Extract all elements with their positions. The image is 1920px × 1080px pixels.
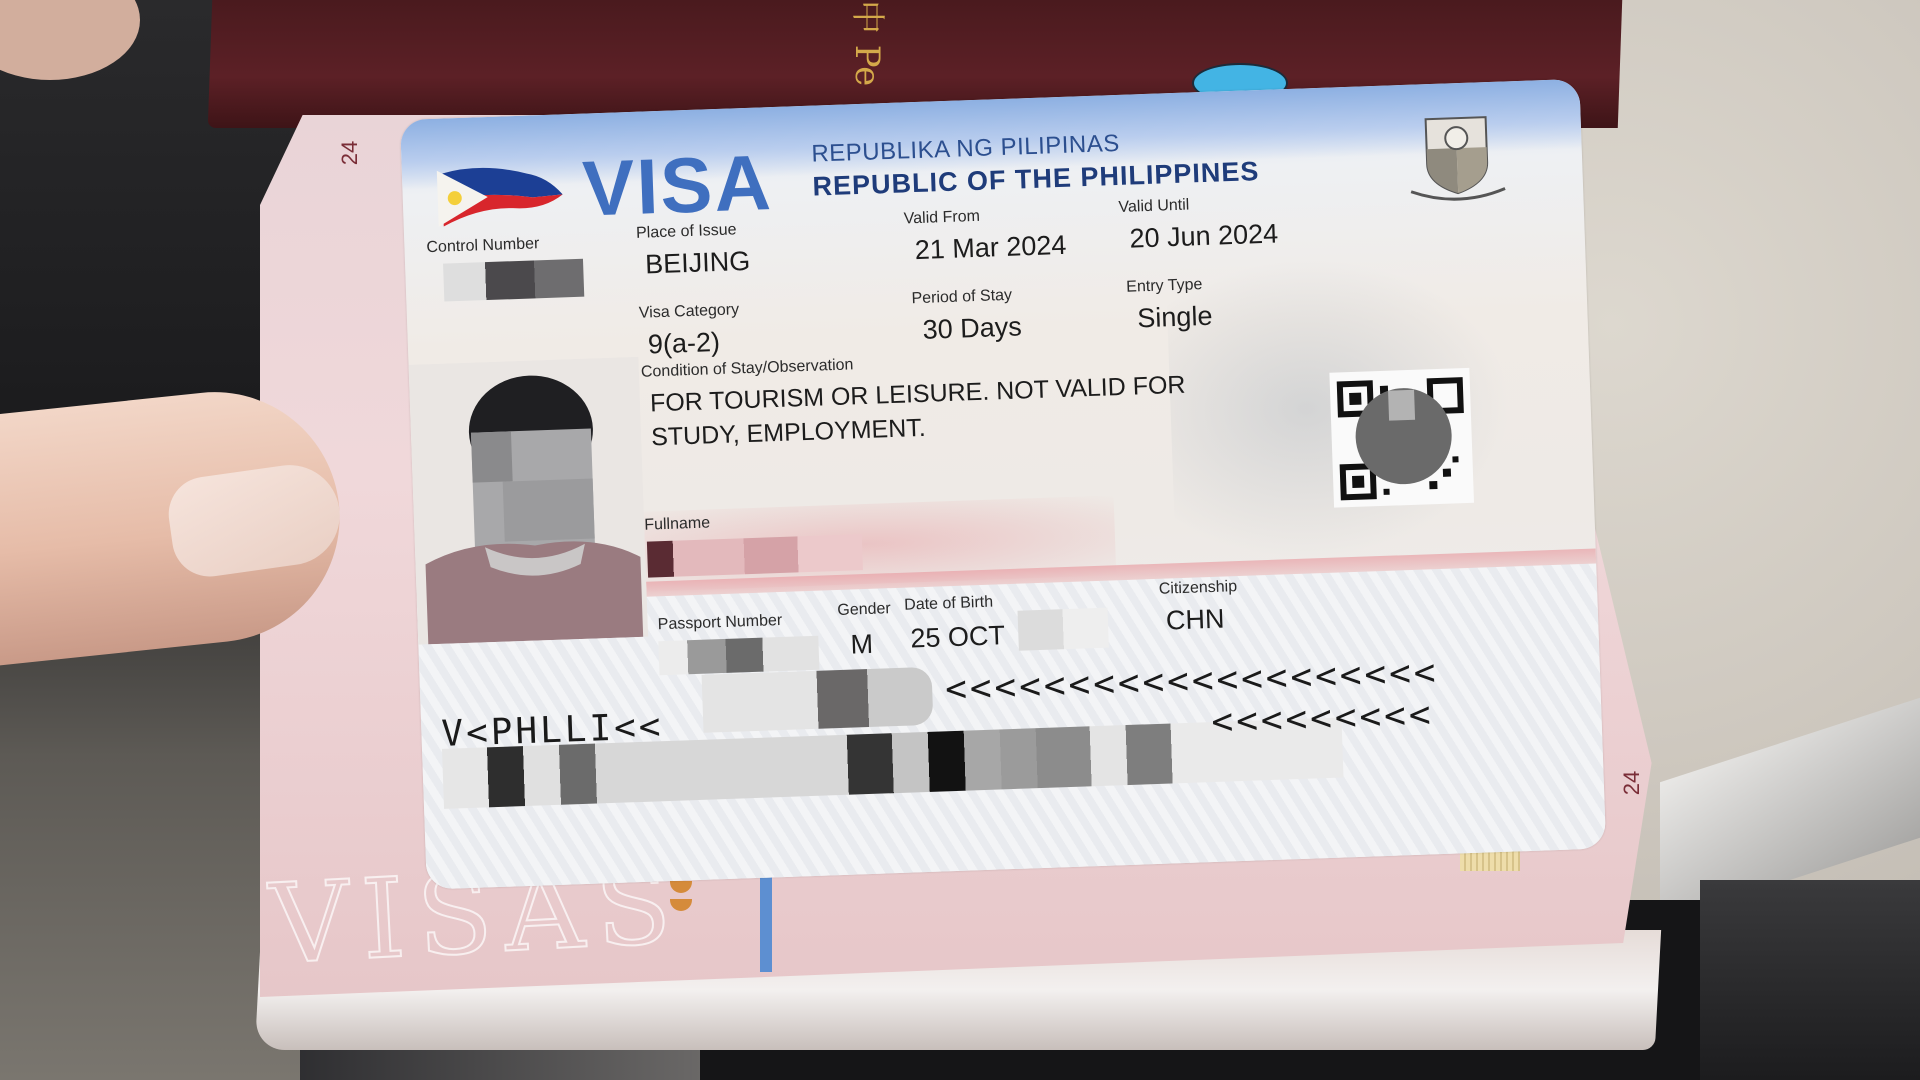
visa-category-value: 9(a-2) (647, 327, 720, 360)
page-security-strip (760, 872, 772, 972)
holder-photo (409, 357, 649, 645)
control-number-label: Control Number (426, 235, 539, 257)
page-orange-marks (670, 880, 730, 896)
gender-label: Gender (837, 600, 891, 620)
condition-line-2: STUDY, EMPLOYMENT. (651, 414, 926, 453)
passport-number-redacted (658, 636, 819, 676)
citizenship-value: CHN (1165, 604, 1225, 637)
place-of-issue-label: Place of Issue (636, 221, 737, 242)
fullname-redacted (647, 534, 863, 577)
valid-from-value: 21 Mar 2024 (914, 230, 1067, 266)
valid-until-value: 20 Jun 2024 (1129, 218, 1279, 254)
mrz-line-1-redacted (702, 667, 934, 733)
citizenship-label: Citizenship (1159, 578, 1238, 599)
page-number-bottom: 24 (1619, 771, 1645, 795)
fullname-label: Fullname (644, 514, 710, 534)
period-of-stay-value: 30 Days (922, 311, 1022, 345)
coat-of-arms-icon (1400, 106, 1513, 210)
valid-until-label: Valid Until (1118, 197, 1189, 217)
date-of-birth-value: 25 OCT (910, 620, 1006, 654)
gender-value: M (850, 629, 874, 661)
visa-sticker: VISA REPUBLIKA NG PILIPINAS REPUBLIC OF … (400, 79, 1606, 890)
cover-gold-lettering: 中 Pe (846, 0, 895, 86)
page-number-top: 24 (337, 141, 363, 165)
place-of-issue-value: BEIJING (645, 246, 751, 281)
condition-label: Condition of Stay/Observation (641, 356, 854, 381)
qr-code (1329, 368, 1474, 508)
mrz-line-2-filler: <<<<<<<<< (1211, 694, 1434, 743)
visa-title: VISA (581, 137, 774, 235)
date-of-birth-year-redacted (1018, 608, 1109, 651)
date-of-birth-label: Date of Birth (904, 594, 994, 615)
entry-type-label: Entry Type (1126, 276, 1203, 297)
background-car-interior (1700, 880, 1920, 1080)
visa-category-label: Visa Category (639, 301, 740, 322)
entry-type-value: Single (1137, 301, 1213, 335)
philippine-flag-icon (431, 154, 573, 229)
control-number-redacted (443, 259, 584, 302)
valid-from-label: Valid From (903, 208, 980, 229)
period-of-stay-label: Period of Stay (911, 287, 1012, 308)
